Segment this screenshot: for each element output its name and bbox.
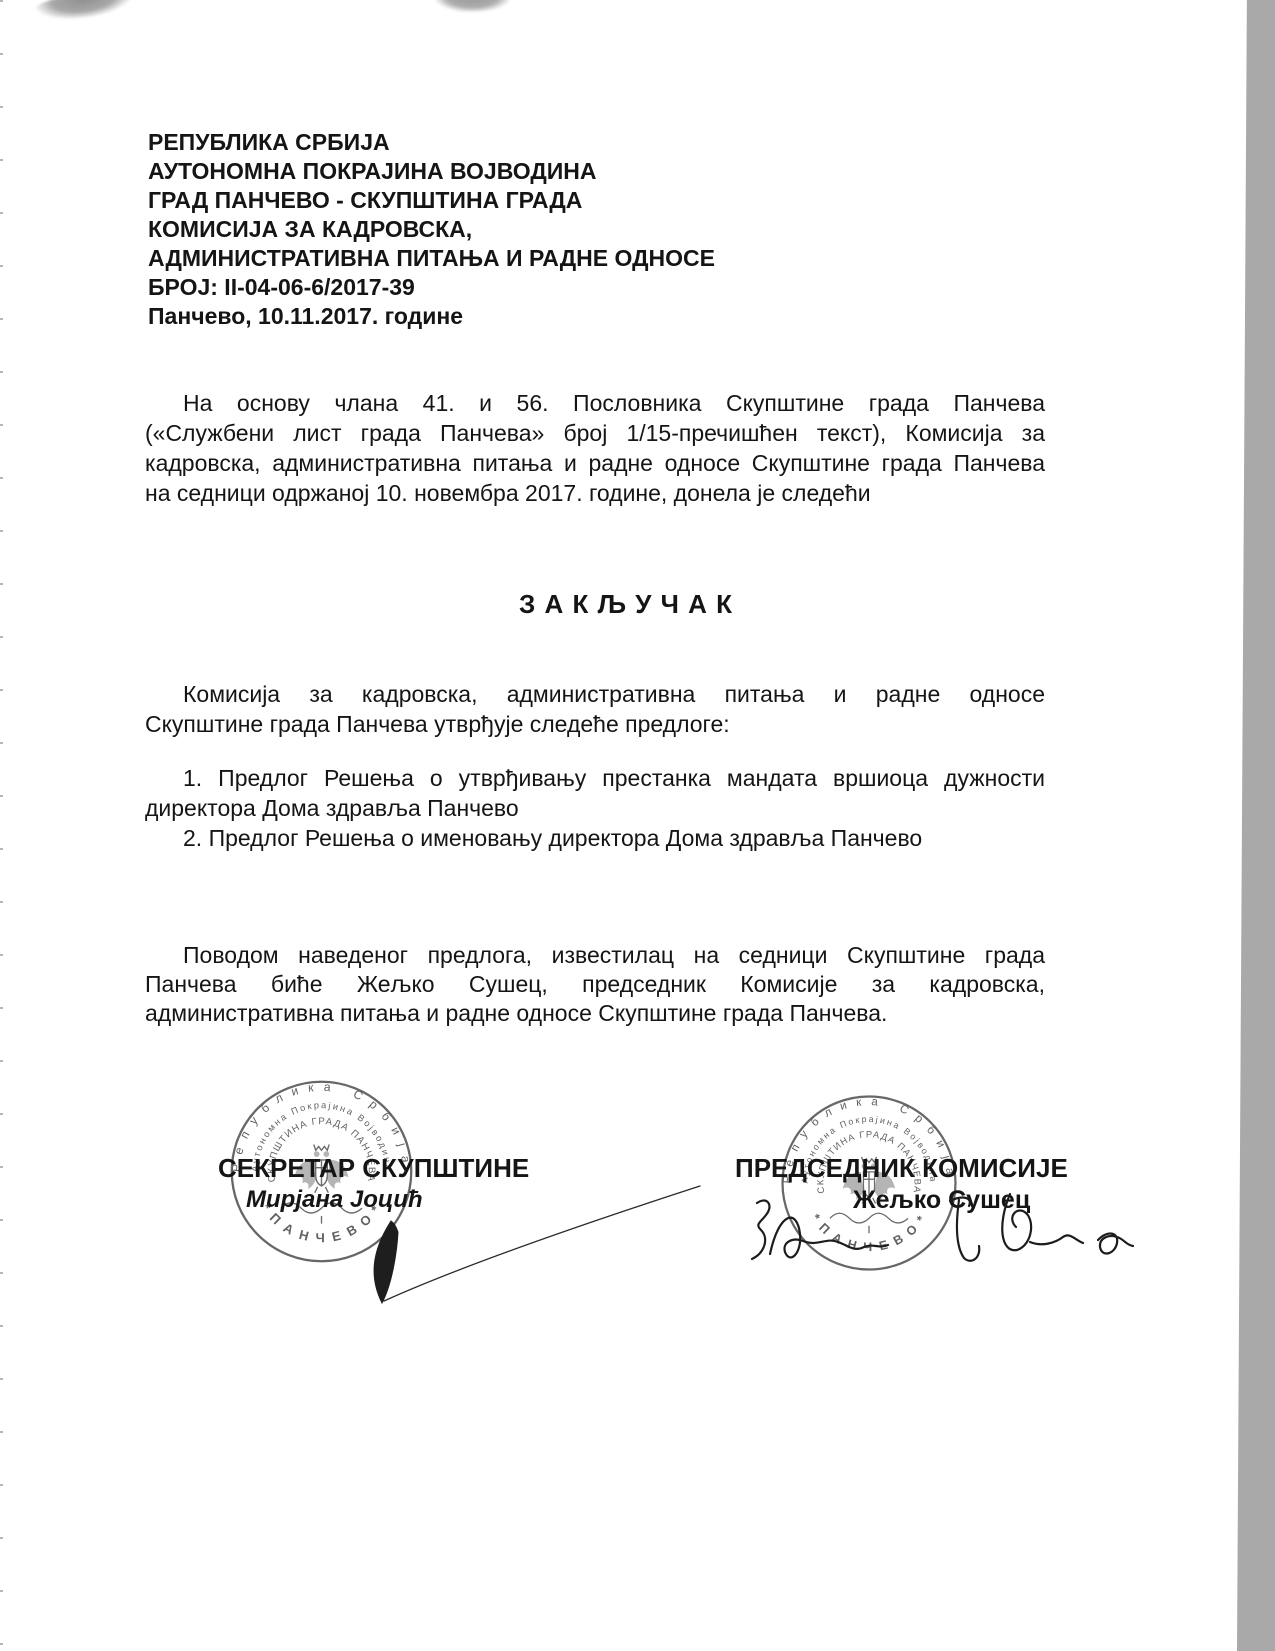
signature-name: Жељко Сушец [853, 1184, 1068, 1216]
signature-block-secretary: СЕКРЕТАР СКУПШТИНЕ Мирјана Јоцић [218, 1152, 529, 1216]
document-letterhead: РЕПУБЛИКА СРБИЈА АУТОНОМНА ПОКРАЈИНА ВОЈ… [148, 128, 715, 331]
document-number: БРОЈ: II-04-06-6/2017-39 [148, 273, 715, 302]
letterhead-commission-2: АДМИНИСТРАТИВНА ПИТАЊА И РАДНЕ ОДНОСЕ [148, 244, 715, 273]
proposal-line: 2. Предлог Решења о именовању директора … [145, 823, 1045, 853]
paragraph-line: Комисија за кадровска, административна п… [145, 679, 1045, 709]
paragraph-line: Панчева биће Жељко Сушец, председник Ком… [145, 970, 1045, 999]
paragraph-line: Поводом наведеног предлога, известилац н… [145, 941, 1045, 970]
proposal-line: 1. Предлог Решења о утврђивању престанка… [145, 763, 1045, 793]
paragraph-legal-basis: На основу члана 41. и 56. Пословника Ску… [145, 388, 1045, 508]
paragraph-line: На основу члана 41. и 56. Пословника Ску… [145, 388, 1045, 418]
scan-smudge-top-left [34, 0, 136, 25]
document-page: РЕПУБЛИКА СРБИЈА АУТОНОМНА ПОКРАЈИНА ВОЈ… [0, 0, 1275, 1651]
scan-specks-left [0, 0, 3, 1651]
signature-block-president: ПРЕДСЕДНИК КОМИСИЈЕ Жељко Сушец [735, 1152, 1068, 1216]
signature-title: СЕКРЕТАР СКУПШТИНЕ [218, 1152, 529, 1184]
paragraph-line: Скупштине града Панчева утврђује следеће… [145, 709, 1045, 739]
paragraph-line: на седници одржаној 10. новембра 2017. г… [145, 478, 1045, 508]
document-place-date: Панчево, 10.11.2017. године [148, 302, 715, 331]
proposal-item-2: 2. Предлог Решења о именовању директора … [145, 823, 1045, 853]
scan-smudge-top-center [435, 0, 510, 12]
document-title: З А К Љ У Ч А К [145, 589, 1045, 620]
proposal-list: 1. Предлог Решења о утврђивању престанка… [145, 763, 1045, 853]
signature-title: ПРЕДСЕДНИК КОМИСИЈЕ [735, 1152, 1068, 1184]
letterhead-commission-1: КОМИСИЈА ЗА КАДРОВСКА, [148, 215, 715, 244]
paragraph-proposals-intro: Комисија за кадровска, административна п… [145, 679, 1045, 739]
paragraph-rapporteur: Поводом наведеног предлога, известилац н… [145, 941, 1045, 1028]
signature-name: Мирјана Јоцић [246, 1184, 529, 1216]
proposal-line: директора Дома здравља Панчево [145, 793, 1045, 823]
letterhead-province: АУТОНОМНА ПОКРАЈИНА ВОЈВОДИНА [148, 157, 715, 186]
paragraph-line: административна питања и радне односе Ск… [145, 999, 1045, 1028]
proposal-item-1: 1. Предлог Решења о утврђивању престанка… [145, 763, 1045, 823]
letterhead-republic: РЕПУБЛИКА СРБИЈА [148, 128, 715, 157]
paragraph-line: кадровска, административна питања и радн… [145, 448, 1045, 478]
letterhead-city-assembly: ГРАД ПАНЧЕВО - СКУПШТИНА ГРАДА [148, 186, 715, 215]
paragraph-line: («Службени лист града Панчева» број 1/15… [145, 418, 1045, 448]
scan-edge-right [1237, 0, 1275, 1651]
